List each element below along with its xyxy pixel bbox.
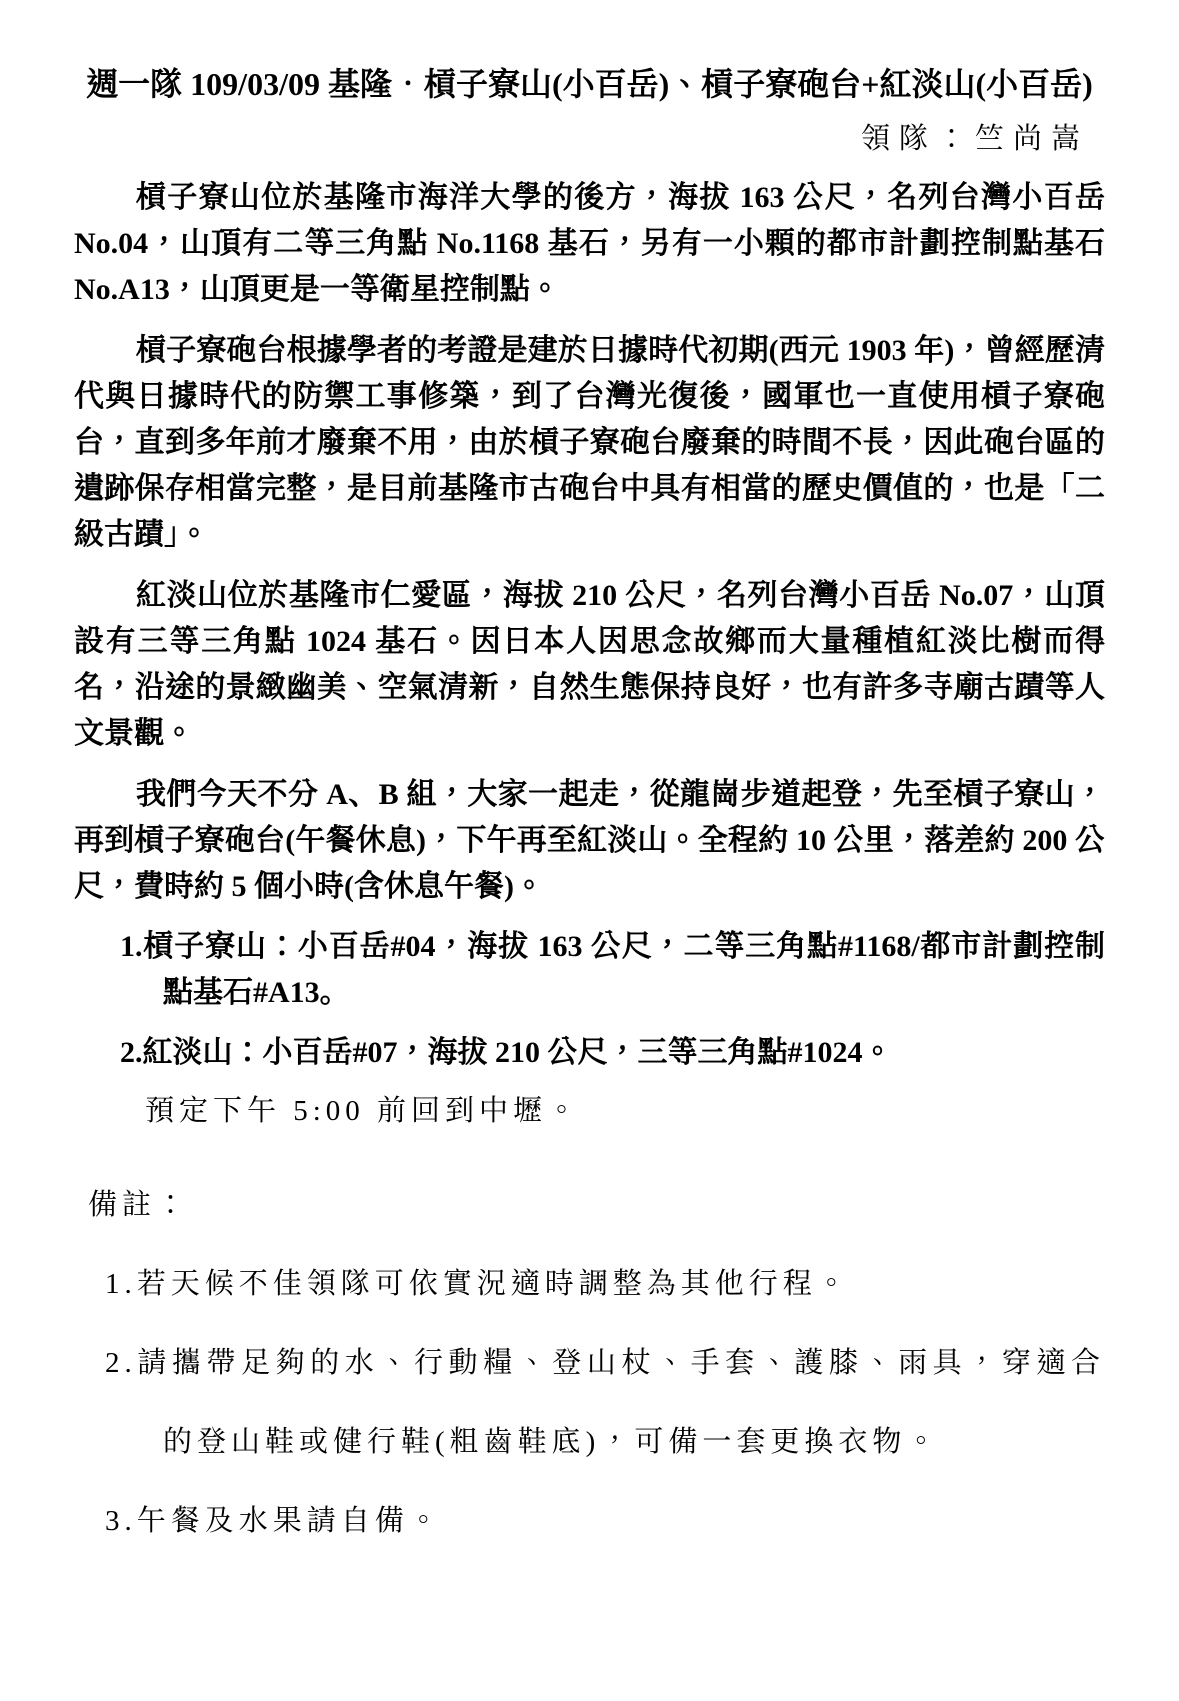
remarks-section: 備註： 1.若天候不佳領隊可依實況適時調整為其他行程。 2.請攜帶足夠的水、行動… [74,1166,1105,1561]
remark-item-gear: 2.請攜帶足夠的水、行動糧、登山杖、手套、護膝、雨具，穿適合的登山鞋或健行鞋(粗… [163,1324,1105,1482]
document-page: 週一隊 109/03/09 基隆‧槓子寮山(小百岳)、槓子寮砲台+紅淡山(小百岳… [0,0,1179,1701]
paragraph-hongdan-mountain: 紅淡山位於基隆市仁愛區，海拔 210 公尺，名列台灣小百岳 No.07，山頂設有… [74,573,1105,757]
paragraph-itinerary: 我們今天不分 A、B 組，大家一起走，從龍崗步道起登，先至槓子寮山，再到槓子寮砲… [74,772,1105,910]
return-time-note: 預定下午 5:00 前回到中壢。 [145,1088,1105,1134]
paragraph-gangziliao-fort: 槓子寮砲台根據學者的考證是建於日據時代初期(西元 1903 年)，曾經歷清代與日… [74,328,1105,558]
document-title: 週一隊 109/03/09 基隆‧槓子寮山(小百岳)、槓子寮砲台+紅淡山(小百岳… [74,62,1105,106]
remarks-heading: 備註： [88,1166,1105,1245]
paragraph-gangziliao-mountain: 槓子寮山位於基隆市海洋大學的後方，海拔 163 公尺，名列台灣小百岳 No.04… [74,175,1105,313]
summary-item-hongdan: 2.紅淡山：小百岳#07，海拔 210 公尺，三等三角點#1024。 [163,1030,1105,1076]
remark-item-weather: 1.若天候不佳領隊可依實況適時調整為其他行程。 [163,1245,1105,1324]
summary-item-gangziliao: 1.槓子寮山：小百岳#04，海拔 163 公尺，二等三角點#1168/都市計劃控… [163,924,1105,1016]
leader-line: 領隊：竺尚嵩 [74,118,1105,160]
remark-item-lunch: 3.午餐及水果請自備。 [163,1482,1105,1561]
